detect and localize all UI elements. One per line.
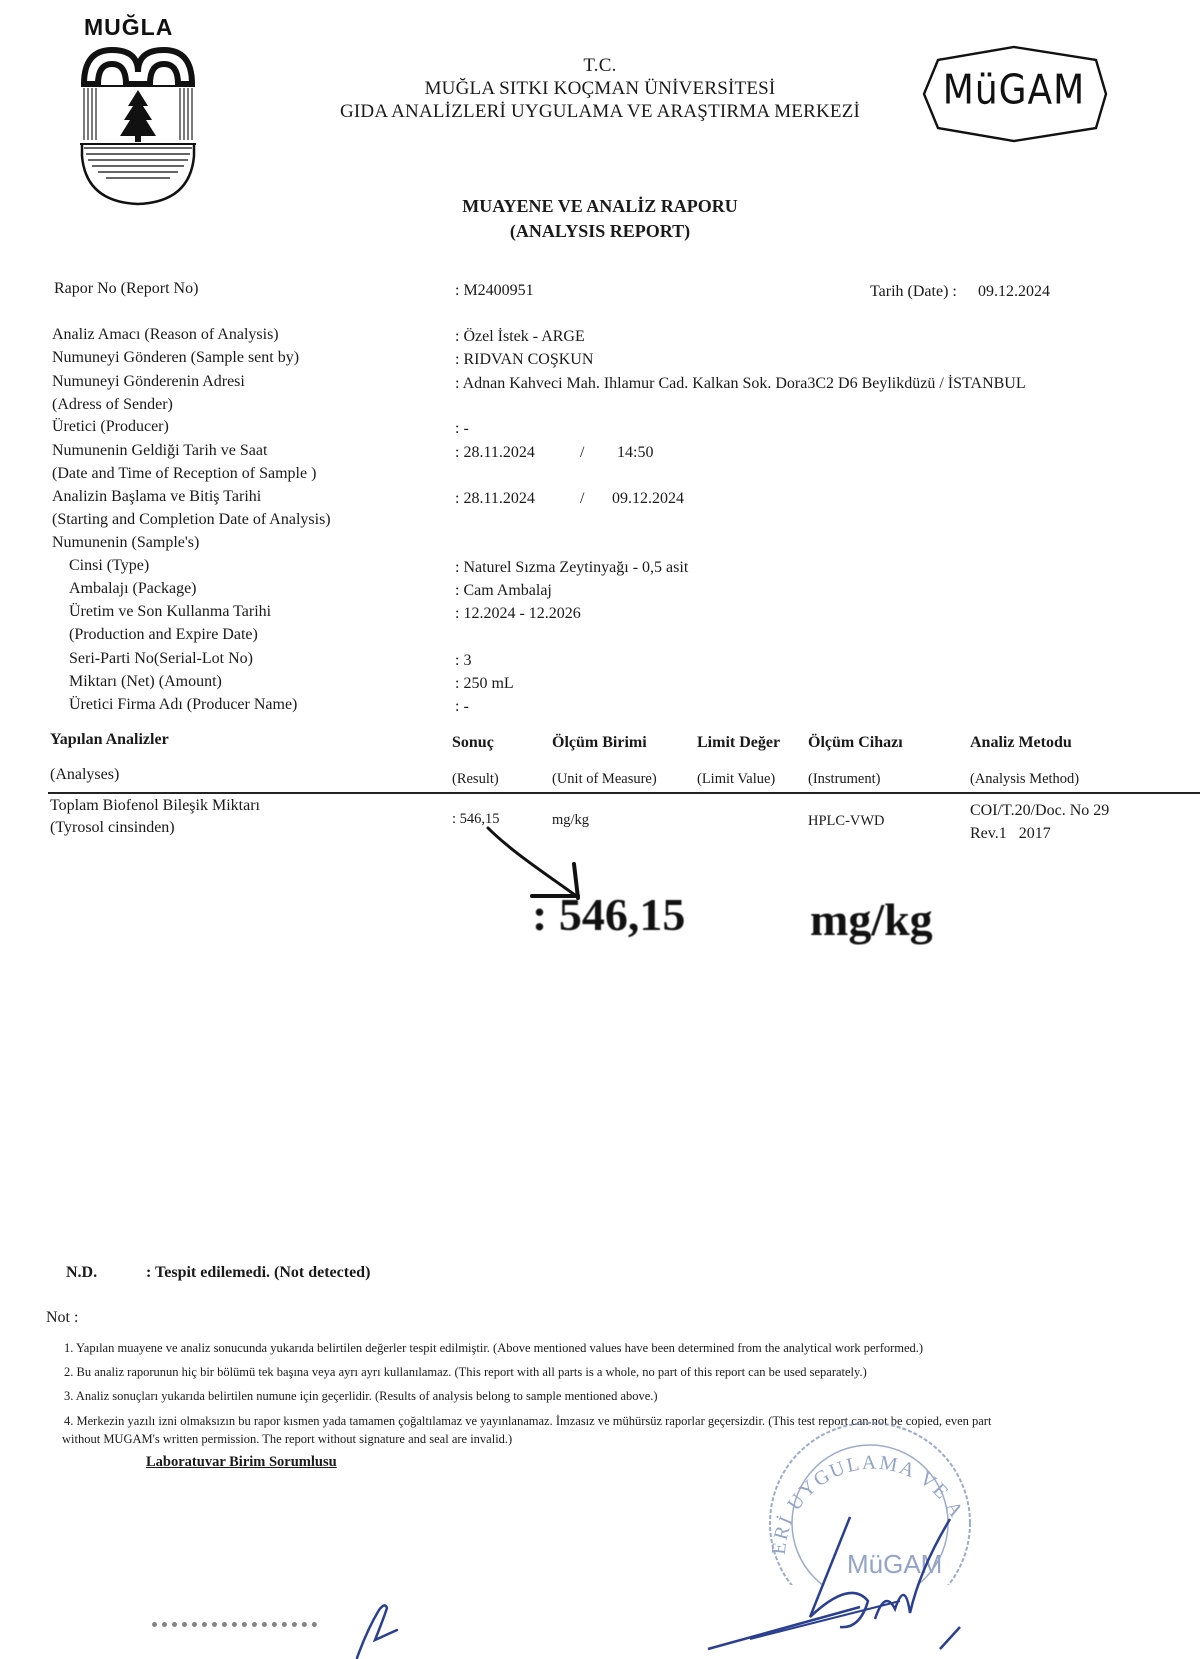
report-date-label: Tarih (Date) : bbox=[870, 283, 957, 301]
highlight-unit: mg/kg bbox=[810, 893, 933, 946]
field-label: (Starting and Completion Date of Analysi… bbox=[52, 511, 331, 529]
sample-field-label: Seri-Parti No(Serial-Lot No) bbox=[69, 650, 253, 668]
field-label: Analizin Başlama ve Bitiş Tarihi bbox=[52, 488, 261, 506]
column-header: Yapılan Analizler bbox=[50, 731, 169, 749]
field-separator: / bbox=[580, 490, 584, 508]
sample-field-value: : 12.2024 - 12.2026 bbox=[455, 605, 581, 623]
field-label: Üretici (Producer) bbox=[52, 418, 169, 436]
field-label: Numunenin Geldiği Tarih ve Saat bbox=[52, 442, 267, 460]
nd-definition: : Tespit edilemedi. (Not detected) bbox=[146, 1264, 370, 1282]
field-value: : 28.11.2024 bbox=[455, 490, 535, 508]
row-instrument: HPLC-VWD bbox=[808, 813, 885, 830]
sample-field-value: : - bbox=[455, 698, 469, 716]
row-analysis-sub: (Tyrosol cinsinden) bbox=[50, 819, 175, 837]
header-line-university: MUĞLA SITKI KOÇMAN ÜNİVERSİTESİ bbox=[300, 78, 900, 100]
sample-field-label: Üretici Firma Adı (Producer Name) bbox=[69, 696, 297, 714]
sample-field-value: : Cam Ambalaj bbox=[455, 582, 552, 600]
column-header: Ölçüm Cihazı bbox=[808, 734, 903, 752]
sample-field-value: : 250 mL bbox=[455, 675, 514, 693]
column-header-en: (Instrument) bbox=[808, 771, 880, 788]
column-header-en: (Limit Value) bbox=[697, 771, 775, 788]
row-analysis: Toplam Biofenol Bileşik Miktarı bbox=[50, 797, 260, 815]
report-title: MUAYENE VE ANALİZ RAPORU bbox=[340, 196, 860, 217]
sample-field-label: Üretim ve Son Kullanma Tarihi bbox=[69, 603, 271, 621]
sample-field-value: : Naturel Sızma Zeytinyağı - 0,5 asit bbox=[455, 559, 688, 577]
header-line-center: GIDA ANALİZLERİ UYGULAMA VE ARAŞTIRMA ME… bbox=[300, 101, 900, 123]
field-label: Numuneyi Gönderenin Adresi bbox=[52, 373, 245, 391]
field-label: (Adress of Sender) bbox=[52, 396, 173, 414]
column-header: Sonuç bbox=[452, 734, 494, 752]
note-item: 2. Bu analiz raporunun hiç bir bölümü te… bbox=[64, 1365, 867, 1380]
header-line-tc: T.C. bbox=[300, 55, 900, 77]
note-item: without MUGAM's written permission. The … bbox=[62, 1432, 512, 1447]
logo-text: MUĞLA bbox=[84, 14, 173, 41]
table-header-rule bbox=[48, 792, 1200, 794]
report-title-en: (ANALYSIS REPORT) bbox=[340, 221, 860, 242]
report-date-value: 09.12.2024 bbox=[978, 283, 1050, 301]
column-header-en: (Analyses) bbox=[50, 766, 119, 784]
field-value-secondary: 09.12.2024 bbox=[612, 490, 684, 508]
nd-abbreviation: N.D. bbox=[66, 1264, 97, 1282]
sample-field-label: (Production and Expire Date) bbox=[69, 626, 258, 644]
field-value-secondary: 14:50 bbox=[617, 444, 653, 462]
field-value: : Adnan Kahveci Mah. Ihlamur Cad. Kalkan… bbox=[455, 375, 1026, 393]
field-label: Numunenin (Sample's) bbox=[52, 534, 199, 552]
column-header-en: (Unit of Measure) bbox=[552, 771, 657, 788]
report-no-value: : M2400951 bbox=[455, 282, 534, 300]
row-method: COI/T.20/Doc. No 29 bbox=[970, 802, 1109, 820]
sample-field-label: Cinsi (Type) bbox=[69, 557, 149, 575]
column-header: Limit Değer bbox=[697, 734, 780, 752]
field-label: Analiz Amacı (Reason of Analysis) bbox=[52, 326, 279, 344]
field-label: Numuneyi Gönderen (Sample sent by) bbox=[52, 349, 299, 367]
field-separator: / bbox=[580, 444, 584, 462]
column-header-en: (Result) bbox=[452, 771, 499, 788]
mugam-logo: MüGAM bbox=[920, 44, 1108, 144]
signature-left-icon bbox=[345, 1600, 425, 1659]
note-item: 1. Yapılan muayene ve analiz sonucunda y… bbox=[64, 1341, 923, 1356]
university-emblem-icon bbox=[78, 44, 198, 209]
column-header-en: (Analysis Method) bbox=[970, 771, 1079, 788]
column-header: Analiz Metodu bbox=[970, 734, 1072, 752]
cutoff-name-line bbox=[152, 1622, 317, 1630]
highlight-result: : 546,15 bbox=[532, 888, 685, 941]
notes-title: Not : bbox=[46, 1309, 78, 1327]
university-logo: MUĞLA bbox=[78, 14, 198, 209]
field-value: : RIDVAN COŞKUN bbox=[455, 351, 593, 369]
field-value: : - bbox=[455, 420, 469, 438]
report-no-label: Rapor No (Report No) bbox=[54, 280, 198, 298]
mugam-logo-text: MüGAM bbox=[920, 67, 1108, 114]
field-value: : 28.11.2024 bbox=[455, 444, 535, 462]
row-method-sub: Rev.1 2017 bbox=[970, 825, 1051, 843]
signature-title: Laboratuvar Birim Sorumlusu bbox=[146, 1454, 337, 1471]
signature-right-icon bbox=[700, 1509, 990, 1659]
note-item: 3. Analiz sonuçları yukarıda belirtilen … bbox=[64, 1389, 658, 1404]
field-value: : Özel İstek - ARGE bbox=[455, 328, 585, 346]
sample-field-label: Miktarı (Net) (Amount) bbox=[69, 673, 222, 691]
sample-field-label: Ambalajı (Package) bbox=[69, 580, 197, 598]
sample-field-value: : 3 bbox=[455, 652, 471, 670]
column-header: Ölçüm Birimi bbox=[552, 734, 647, 752]
field-label: (Date and Time of Reception of Sample ) bbox=[52, 465, 316, 483]
